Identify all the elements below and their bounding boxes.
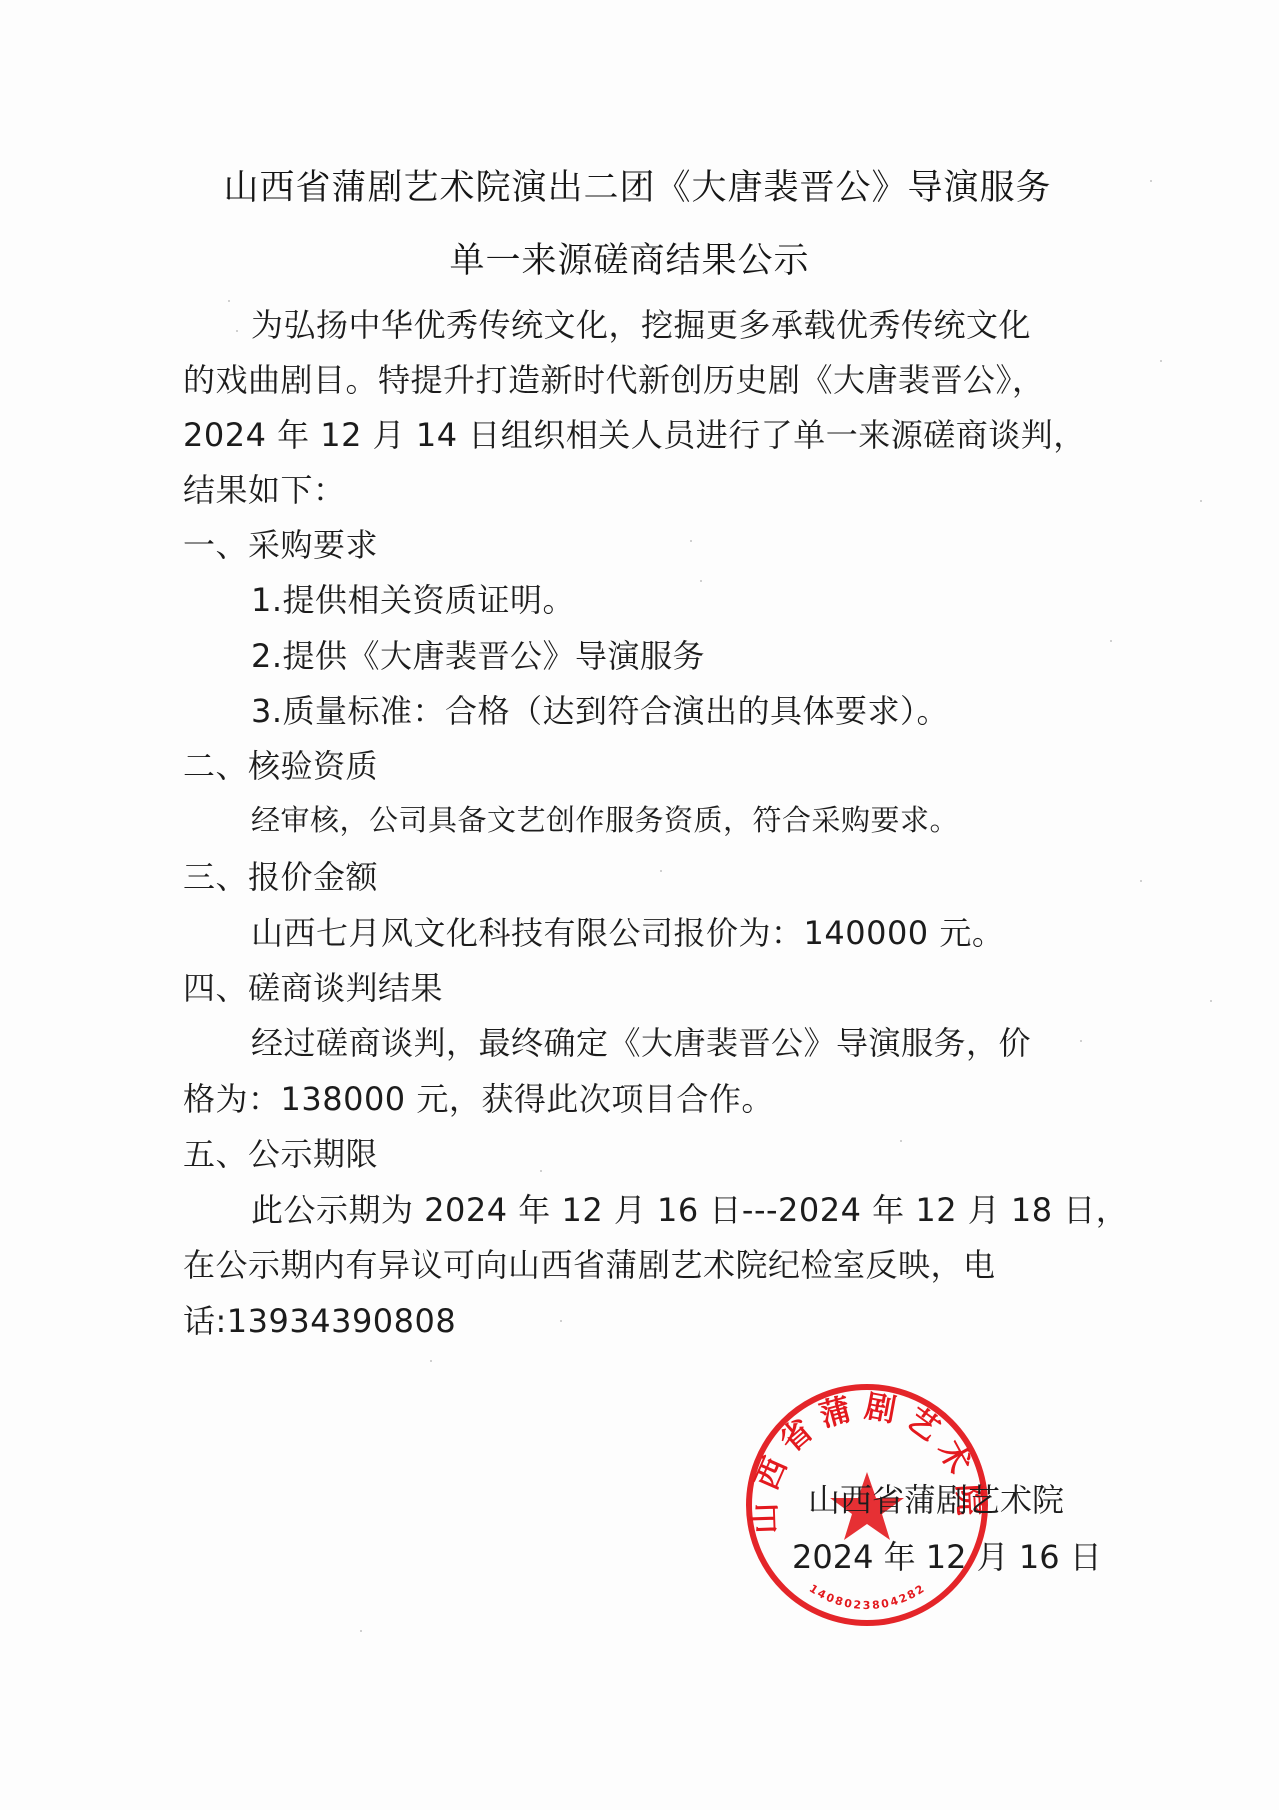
- section-5-line-2: 在公示期内有异议可向山西省蒲剧艺术院纪检室反映，电: [183, 1240, 996, 1286]
- section-4-line-1: 经过磋商谈判，最终确定《大唐裴晋公》导演服务，价: [251, 1018, 1031, 1064]
- section-4-line-2: 格为：138000 元，获得此次项目合作。: [183, 1074, 774, 1120]
- signature-organization: 山西省蒲剧艺术院: [808, 1475, 1064, 1521]
- section-5-line-3: 话:13934390808: [183, 1296, 456, 1342]
- section-5-line-1: 此公示期为 2024 年 12 月 16 日---2024 年 12 月 18 …: [251, 1185, 1128, 1231]
- document-title-line2: 单一来源磋商结果公示: [0, 233, 1269, 283]
- svg-text:1408023804282: 1408023804282: [807, 1581, 928, 1612]
- intro-line-4: 结果如下：: [183, 465, 346, 511]
- section-1-line-2: 2.提供《大唐裴晋公》导演服务: [251, 631, 705, 677]
- intro-line-3: 2024 年 12 月 14 日组织相关人员进行了单一来源磋商谈判，: [183, 410, 1086, 456]
- section-heading-2: 二、核验资质: [183, 741, 378, 787]
- section-heading-5: 五、公示期限: [183, 1129, 378, 1175]
- section-heading-1: 一、采购要求: [183, 520, 378, 566]
- section-1-line-1: 1.提供相关资质证明。: [251, 575, 575, 621]
- section-heading-3: 三、报价金额: [183, 852, 378, 898]
- seal-code: 1408023804282: [807, 1581, 928, 1612]
- signature-date: 2024 年 12 月 16 日: [792, 1532, 1102, 1578]
- section-2-line-1: 经审核，公司具备文艺创作服务资质，符合采购要求。: [251, 798, 959, 839]
- section-heading-4: 四、磋商谈判结果: [183, 963, 443, 1009]
- section-1-line-3: 3.质量标准：合格（达到符合演出的具体要求）。: [251, 686, 949, 732]
- intro-line-2: 的戏曲剧目。特提升打造新时代新创历史剧《大唐裴晋公》，: [183, 355, 1045, 401]
- document-page: 山西省蒲剧艺术院演出二团《大唐裴晋公》导演服务 单一来源磋商结果公示 为弘扬中华…: [0, 0, 1279, 1810]
- document-title-line1: 山西省蒲剧艺术院演出二团《大唐裴晋公》导演服务: [0, 160, 1277, 210]
- section-3-line-1: 山西七月风文化科技有限公司报价为：140000 元。: [251, 908, 1004, 954]
- intro-line-1: 为弘扬中华优秀传统文化，挖掘更多承载优秀传统文化: [251, 300, 1031, 346]
